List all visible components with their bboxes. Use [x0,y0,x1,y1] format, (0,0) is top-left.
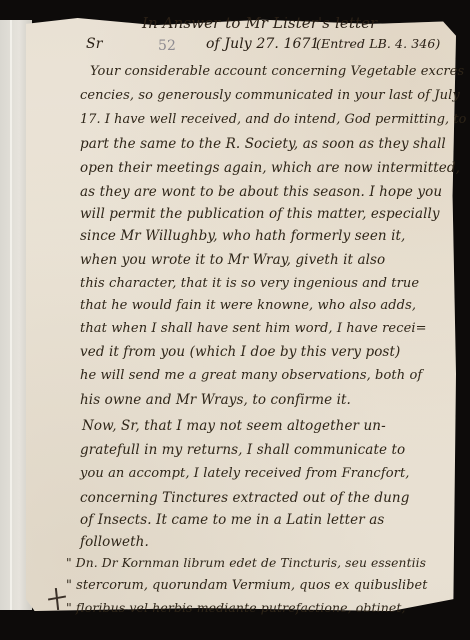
letter-line: cencies, so generously communicated in y… [80,88,460,103]
latin-quote-line: " Dn. Dr Kornman librum edet de Tincturi… [66,556,426,570]
letter-line: that when I shall have sent him word, I … [80,321,427,336]
letter-line: when you wrote it to Mr Wray, giveth it … [80,252,385,268]
letter-line: gratefull in my returns, I shall communi… [80,442,405,458]
letter-line: will permit the publication of this matt… [80,206,440,222]
letter-line: concerning Tinctures extracted out of th… [80,490,409,506]
salutation: Sr [86,36,102,52]
letter-line: you an accompt, I lately received from F… [80,466,410,481]
annotation-line-1: In Answer to Mr Lister's letter [142,14,377,32]
letter-line: since Mr Willughby, who hath formerly se… [80,228,405,244]
latin-quote-line: " stercorum, quorundam Vermium, quos ex … [66,578,427,593]
letter-line: Now, Sr, that I may not seem altogether … [82,418,386,434]
letter-line: his owne and Mr Wrays, to confirme it. [80,392,351,408]
letter-line: part the same to the R. Society, as soon… [80,136,446,152]
letter-line: ved it from you (which I doe by this ver… [80,344,400,360]
entry-reference: (Entred LB. 4. 346) [316,36,440,51]
pencil-folio-number: 52 [158,38,176,54]
letter-line: Your considerable account concerning Veg… [90,64,464,79]
margin-cross-mark [48,588,66,610]
latin-quote-line: " floribus vel herbis mediante putrefact… [66,600,406,615]
letter-line: open their meetings again, which are now… [80,160,460,176]
annotation-line-2: of July 27. 1671 [206,36,319,52]
letter-line: he will send me a great many observation… [80,368,422,383]
letter-line: as they are wont to be about this season… [80,184,442,200]
letter-line: followeth. [80,534,149,550]
letter-line: that he would fain it were knowne, who a… [80,298,416,313]
letter-line: of Insects. It came to me in a Latin let… [80,512,384,528]
letter-line: 17. I have well received, and do intend,… [80,112,470,127]
letter-line: this character, that it is so very ingen… [80,276,419,291]
